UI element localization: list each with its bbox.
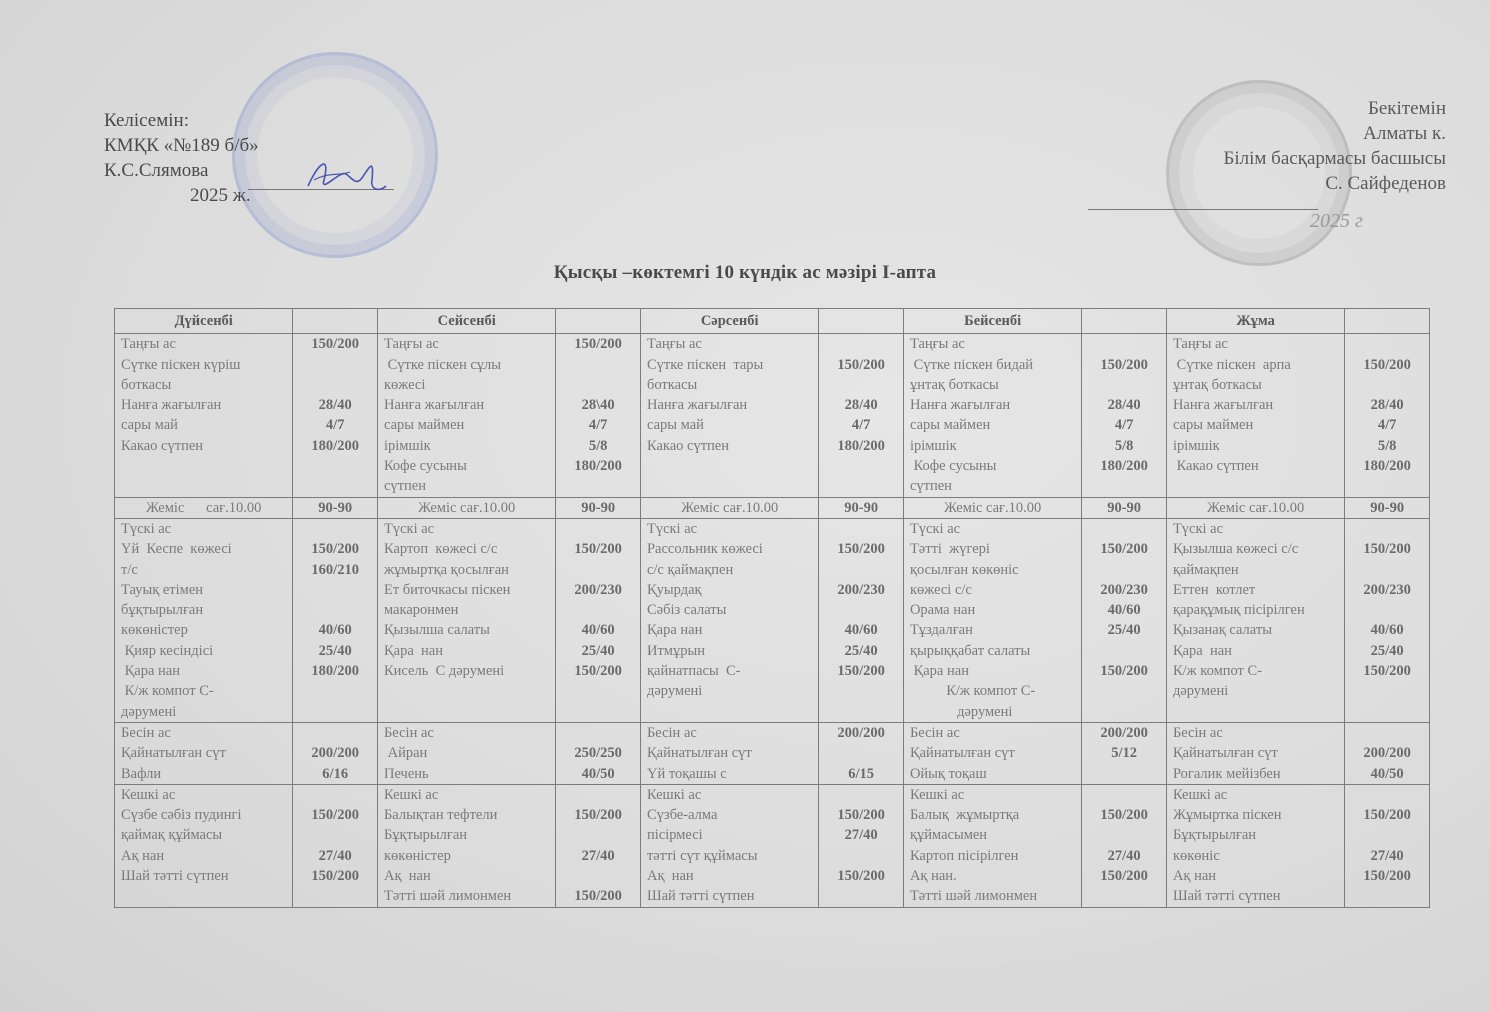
approval-left-year: 2025 ж. bbox=[104, 183, 259, 208]
portion-weight: 40/60 bbox=[825, 620, 897, 640]
dish-line: Сүзбе сәбіз пудингі bbox=[121, 805, 286, 825]
portion-weight bbox=[1088, 375, 1160, 395]
afternoon-dishes-cell: Бесін асҚайнатылған сүтВафли bbox=[115, 722, 293, 784]
dish-line: Тауық етімен bbox=[121, 580, 286, 600]
portion-weight: 180/200 bbox=[299, 436, 371, 456]
dish-line: Картоп пісірілген bbox=[910, 846, 1075, 866]
dish-line: Түскі ас bbox=[121, 519, 286, 539]
day-header: Сейсенбі bbox=[377, 309, 555, 334]
portion-weight bbox=[1088, 560, 1160, 580]
portion-weight: 27/40 bbox=[1088, 846, 1160, 866]
dish-line: Бесін ас bbox=[384, 723, 549, 743]
dish-line: Қызанақ салаты bbox=[1173, 620, 1338, 640]
fruit-dishes-cell: Жеміс сағ.10.00 bbox=[115, 497, 293, 518]
portion-weight bbox=[299, 375, 371, 395]
dish-line: қырыққабат салаты bbox=[910, 641, 1075, 661]
portion-weight bbox=[825, 600, 897, 620]
dish-line: Картоп көжесі с/с bbox=[384, 539, 549, 559]
portion-weight bbox=[562, 600, 634, 620]
dish-line: ұнтақ боткасы bbox=[910, 375, 1075, 395]
portion-weight: 150/200 bbox=[825, 866, 897, 886]
approval-block-right: Бекітемін Алматы к. Білім басқармасы бас… bbox=[1223, 96, 1446, 196]
portion-weight: 4/7 bbox=[1088, 415, 1160, 435]
dish-line: қарақұмық пісірілген bbox=[1173, 600, 1338, 620]
afternoon-dishes-cell: Бесін ас АйранПечень bbox=[377, 722, 555, 784]
portion-weight bbox=[1351, 825, 1423, 845]
dish-line: Рассольник көжесі bbox=[647, 539, 812, 559]
portion-weight: 150/200 bbox=[1088, 539, 1160, 559]
portion-weight: 4/7 bbox=[1351, 415, 1423, 435]
portion-weight: 180/200 bbox=[562, 456, 634, 476]
portion-weight: 25/40 bbox=[1351, 641, 1423, 661]
dish-line: Ақ нан bbox=[1173, 866, 1338, 886]
dish-line: Кешкі ас bbox=[384, 785, 549, 805]
portion-weight: 4/7 bbox=[825, 415, 897, 435]
dish-line: Шай тәтті сүтпен bbox=[647, 886, 812, 906]
portion-weight bbox=[1351, 886, 1423, 906]
dish-line: Үй тоқашы с bbox=[647, 764, 812, 784]
portion-weight bbox=[825, 743, 897, 763]
dish-line: Қызылша салаты bbox=[384, 620, 549, 640]
dish-line: Қуырдақ bbox=[647, 580, 812, 600]
dish-line: Кисель С дәрумені bbox=[384, 661, 549, 681]
portion-weight bbox=[1088, 476, 1160, 496]
portion-weight: 150/200 bbox=[299, 866, 371, 886]
dish-line: Ақ нан bbox=[647, 866, 812, 886]
portion-weight bbox=[825, 375, 897, 395]
portion-weight: 5/8 bbox=[562, 436, 634, 456]
breakfast-weights-cell: 150/20028\404/75/8180/200 bbox=[556, 334, 641, 497]
portion-weight: 150/200 bbox=[1351, 866, 1423, 886]
dish-line: Таңғы ас bbox=[384, 334, 549, 354]
dish-line: Рогалик мейізбен bbox=[1173, 764, 1338, 784]
dish-line: Кофе сусыны bbox=[384, 456, 549, 476]
dish-line: ірімшік bbox=[910, 436, 1075, 456]
dinner-weights-cell: 150/20027/40150/200 bbox=[556, 784, 641, 907]
dish-line: Орама нан bbox=[910, 600, 1075, 620]
lunch-dishes-cell: Түскі асҮй Кеспе көжесіт/сТауық етіменбұ… bbox=[115, 518, 293, 722]
dish-line: Бұқтырылған bbox=[384, 825, 549, 845]
dish-line: К/ж компот С- bbox=[121, 681, 286, 701]
dish-line: Қайнатылған сүт bbox=[910, 743, 1075, 763]
lunch-weights-cell: 150/200200/23040/6025/40150/200 bbox=[819, 518, 904, 722]
portion-weight: 40/60 bbox=[562, 620, 634, 640]
dish-line: қосылған көкөніс bbox=[910, 560, 1075, 580]
portion-weight: 25/40 bbox=[299, 641, 371, 661]
dish-line: Тұздалған bbox=[910, 620, 1075, 640]
portion-weight bbox=[825, 785, 897, 805]
fruit-weight: 90-90 bbox=[581, 500, 615, 516]
fruit-weights-cell: 90-90 bbox=[819, 497, 904, 518]
approval-left-line: Келісемін: bbox=[104, 108, 259, 133]
portion-weight bbox=[562, 355, 634, 375]
dinner-weights-cell: 150/20027/40150/200 bbox=[1082, 784, 1167, 907]
dish-line: Қайнатылған сүт bbox=[121, 743, 286, 763]
dish-line: Балықтан тефтели bbox=[384, 805, 549, 825]
portion-weight: 150/200 bbox=[1351, 805, 1423, 825]
portion-weight: 180/200 bbox=[825, 436, 897, 456]
portion-weight: 5/8 bbox=[1088, 436, 1160, 456]
portion-weight bbox=[299, 702, 371, 722]
portion-weight: 25/40 bbox=[1088, 620, 1160, 640]
portion-weight: 150/200 bbox=[1088, 355, 1160, 375]
dish-line: дәрумені bbox=[647, 681, 812, 701]
dish-line: Балық жұмыртқа bbox=[910, 805, 1075, 825]
fruit-weights-cell: 90-90 bbox=[556, 497, 641, 518]
afternoon-dishes-cell: Бесін асҚайнатылған сүтҮй тоқашы с bbox=[640, 722, 818, 784]
portion-weight: 25/40 bbox=[562, 641, 634, 661]
dish-line: Түскі ас bbox=[384, 519, 549, 539]
portion-weight bbox=[1088, 785, 1160, 805]
dish-line: Тәтті шәй лимонмен bbox=[384, 886, 549, 906]
portion-weight: 150/200 bbox=[562, 886, 634, 906]
portion-weight: 200/230 bbox=[562, 580, 634, 600]
lunch-weights-cell: 150/200200/23040/6025/40150/200 bbox=[556, 518, 641, 722]
portion-weight: 40/60 bbox=[1088, 600, 1160, 620]
afternoon-dishes-cell: Бесін асҚайнатылған сүтОйық тоқаш bbox=[903, 722, 1081, 784]
portion-weight: 4/7 bbox=[299, 415, 371, 435]
portion-weight: 40/60 bbox=[1351, 620, 1423, 640]
breakfast-dishes-cell: Таңғы асСүтке піскен күрішботкасыНанға ж… bbox=[115, 334, 293, 497]
approval-left-line: КМҚК «№189 б/б» bbox=[104, 133, 259, 158]
portion-weight bbox=[1351, 600, 1423, 620]
portion-weight bbox=[562, 785, 634, 805]
portion-weight: 150/200 bbox=[562, 539, 634, 559]
dish-line: сары маймен bbox=[1173, 415, 1338, 435]
breakfast-dishes-cell: Таңғы ас Сүтке піскен бидайұнтақ боткасы… bbox=[903, 334, 1081, 497]
portion-weight: 28/40 bbox=[299, 395, 371, 415]
lunch-dishes-cell: Түскі асКартоп көжесі с/сжұмыртқа қосылғ… bbox=[377, 518, 555, 722]
dish-line: Шай тәтті сүтпен bbox=[121, 866, 286, 886]
portion-weight: 180/200 bbox=[1351, 456, 1423, 476]
signature-line-right bbox=[1088, 209, 1318, 210]
portion-weight bbox=[562, 476, 634, 496]
dish-line: Вафли bbox=[121, 764, 286, 784]
dish-line: Какао сүтпен bbox=[121, 436, 286, 456]
dish-line: Айран bbox=[384, 743, 549, 763]
portion-weight: 200/230 bbox=[825, 580, 897, 600]
dish-line: сары май bbox=[647, 415, 812, 435]
dish-line: қайнатпасы С- bbox=[647, 661, 812, 681]
portion-weight: 5/8 bbox=[1351, 436, 1423, 456]
portion-weight: 150/200 bbox=[1351, 661, 1423, 681]
dish-line: макаронмен bbox=[384, 600, 549, 620]
fruit-row: Жеміс сағ.10.0090-90Жеміс сағ.10.0090-90… bbox=[115, 497, 1430, 518]
portion-weight bbox=[1351, 681, 1423, 701]
lunch-weights-cell: 150/200160/21040/6025/40180/200 bbox=[293, 518, 378, 722]
dish-line: Қара нан bbox=[121, 661, 286, 681]
portion-weight bbox=[1088, 702, 1160, 722]
fruit-weights-cell: 90-90 bbox=[1082, 497, 1167, 518]
dish-line: т/с bbox=[121, 560, 286, 580]
menu-table: Дүйсенбі Сейсенбі Сәрсенбі Бейсенбі Жұма… bbox=[114, 308, 1430, 908]
portion-weight bbox=[825, 519, 897, 539]
portion-weight bbox=[562, 825, 634, 845]
portion-weight bbox=[299, 723, 371, 743]
breakfast-row: Таңғы асСүтке піскен күрішботкасыНанға ж… bbox=[115, 334, 1430, 497]
portion-weight bbox=[1088, 886, 1160, 906]
dish-line: Шай тәтті сүтпен bbox=[1173, 886, 1338, 906]
header-row: Дүйсенбі Сейсенбі Сәрсенбі Бейсенбі Жұма bbox=[115, 309, 1430, 334]
portion-weight: 150/200 bbox=[825, 805, 897, 825]
portion-weight: 27/40 bbox=[825, 825, 897, 845]
portion-weight: 200/200 bbox=[825, 723, 897, 743]
portion-weight: 150/200 bbox=[299, 539, 371, 559]
portion-weight: 200/200 bbox=[1088, 723, 1160, 743]
dish-line: Ойық тоқаш bbox=[910, 764, 1075, 784]
dish-line: К/ж компот С- bbox=[1173, 661, 1338, 681]
dish-line: Қара нан bbox=[910, 661, 1075, 681]
portion-weight: 150/200 bbox=[299, 805, 371, 825]
dinner-dishes-cell: Кешкі асЖұмыртка піскенБұқтырылғанкөкөні… bbox=[1166, 784, 1344, 907]
dish-line: Қияр кесіндісі bbox=[121, 641, 286, 661]
portion-weight bbox=[825, 681, 897, 701]
dish-line: Сүтке піскен бидай bbox=[910, 355, 1075, 375]
dish-line: сүтпен bbox=[910, 476, 1075, 496]
portion-weight: 150/200 bbox=[825, 355, 897, 375]
dinner-weights-cell: 150/20027/40150/200 bbox=[293, 784, 378, 907]
dish-line: сары маймен bbox=[384, 415, 549, 435]
day-header: Жұма bbox=[1166, 309, 1344, 334]
approval-right-line: С. Сайфеденов bbox=[1223, 171, 1446, 196]
dish-line: Тәтті шәй лимонмен bbox=[910, 886, 1075, 906]
dish-line: Кофе сусыны bbox=[910, 456, 1075, 476]
fruit-label: Жеміс сағ.10.00 bbox=[944, 500, 1041, 516]
portion-weight: 6/15 bbox=[825, 764, 897, 784]
dinner-dishes-cell: Кешкі асСүзбе сәбіз пудингіқаймақ құймас… bbox=[115, 784, 293, 907]
portion-weight bbox=[1351, 375, 1423, 395]
fruit-weight: 90-90 bbox=[318, 500, 352, 516]
day-header: Сәрсенбі bbox=[640, 309, 818, 334]
portion-weight: 150/200 bbox=[825, 661, 897, 681]
dish-line: Нанға жағылған bbox=[121, 395, 286, 415]
portion-weight bbox=[299, 681, 371, 701]
dish-line: Тәтті жүгері bbox=[910, 539, 1075, 559]
breakfast-dishes-cell: Таңғы асСүтке піскен тарыботкасыНанға жа… bbox=[640, 334, 818, 497]
portion-weight: 200/200 bbox=[1351, 743, 1423, 763]
approval-right-line: Білім басқармасы басшысы bbox=[1223, 146, 1446, 171]
afternoon-weights-cell: 200/2006/16 bbox=[293, 722, 378, 784]
portion-weight bbox=[1088, 764, 1160, 784]
dinner-dishes-cell: Кешкі асБалықтан тефтелиБұқтырылғанкөкөн… bbox=[377, 784, 555, 907]
dish-line: сары маймен bbox=[910, 415, 1075, 435]
dish-line: Еттен котлет bbox=[1173, 580, 1338, 600]
weight-header bbox=[556, 309, 641, 334]
dish-line: Қара нан bbox=[1173, 641, 1338, 661]
dish-line: пісірмесі bbox=[647, 825, 812, 845]
portion-weight bbox=[562, 866, 634, 886]
day-header: Дүйсенбі bbox=[115, 309, 293, 334]
portion-weight bbox=[825, 560, 897, 580]
dish-line: Нанға жағылған bbox=[647, 395, 812, 415]
dish-line: К/ж компот С- bbox=[910, 681, 1075, 701]
dish-line: көжесі с/с bbox=[910, 580, 1075, 600]
lunch-weights-cell: 150/200200/23040/6025/40150/200 bbox=[1082, 518, 1167, 722]
portion-weight: 180/200 bbox=[299, 661, 371, 681]
dish-line: Сүтке піскен күріш bbox=[121, 355, 286, 375]
breakfast-weights-cell: 150/20028/404/7180/200 bbox=[819, 334, 904, 497]
portion-weight bbox=[825, 846, 897, 866]
portion-weight: 150/200 bbox=[1088, 866, 1160, 886]
approval-left-line: К.С.Слямова bbox=[104, 158, 259, 183]
dish-line: Сүтке піскен тары bbox=[647, 355, 812, 375]
portion-weight: 150/200 bbox=[562, 334, 634, 354]
dish-line: дәрумені bbox=[1173, 681, 1338, 701]
dish-line: Таңғы ас bbox=[121, 334, 286, 354]
afternoon-dishes-cell: Бесін асҚайнатылған сүтРогалик мейізбен bbox=[1166, 722, 1344, 784]
dish-line: Какао сүтпен bbox=[647, 436, 812, 456]
lunch-dishes-cell: Түскі асҚызылша көжесі с/сқаймақпенЕттен… bbox=[1166, 518, 1344, 722]
portion-weight: 25/40 bbox=[825, 641, 897, 661]
dish-line: ұнтақ боткасы bbox=[1173, 375, 1338, 395]
dish-line: бұқтырылған bbox=[121, 600, 286, 620]
fruit-dishes-cell: Жеміс сағ.10.00 bbox=[640, 497, 818, 518]
lunch-dishes-cell: Түскі асРассольник көжесіс/с қаймақпенҚу… bbox=[640, 518, 818, 722]
dish-line: Бесін ас bbox=[121, 723, 286, 743]
handwritten-date: 2025 г bbox=[1310, 210, 1363, 233]
dish-line: көкөністер bbox=[384, 846, 549, 866]
dinner-weights-cell: 150/20027/40150/200 bbox=[1345, 784, 1430, 907]
portion-weight bbox=[1088, 334, 1160, 354]
portion-weight: 28\40 bbox=[562, 395, 634, 415]
dish-line: Таңғы ас bbox=[910, 334, 1075, 354]
dish-line: Какао сүтпен bbox=[1173, 456, 1338, 476]
portion-weight: 200/230 bbox=[1088, 580, 1160, 600]
portion-weight bbox=[825, 334, 897, 354]
portion-weight: 150/200 bbox=[1351, 539, 1423, 559]
dish-line: Таңғы ас bbox=[1173, 334, 1338, 354]
dish-line: дәрумені bbox=[121, 702, 286, 722]
dish-line: с/с қаймақпен bbox=[647, 560, 812, 580]
weight-header bbox=[1082, 309, 1167, 334]
dish-line: Қайнатылған сүт bbox=[1173, 743, 1338, 763]
dish-line: сары май bbox=[121, 415, 286, 435]
dish-line: қаймақпен bbox=[1173, 560, 1338, 580]
fruit-weight: 90-90 bbox=[844, 500, 878, 516]
page-title: Қысқы –көктемгі 10 күндік ас мәзірі I-ап… bbox=[0, 262, 1490, 284]
portion-weight: 28/40 bbox=[1088, 395, 1160, 415]
portion-weight: 150/200 bbox=[299, 334, 371, 354]
dish-line: боткасы bbox=[121, 375, 286, 395]
fruit-label: Жеміс сағ.10.00 bbox=[146, 500, 261, 516]
dish-line: Сүтке піскен сұлы bbox=[384, 355, 549, 375]
dinner-weights-cell: 150/20027/40150/200 bbox=[819, 784, 904, 907]
fruit-dishes-cell: Жеміс сағ.10.00 bbox=[903, 497, 1081, 518]
portion-weight bbox=[1351, 334, 1423, 354]
portion-weight: 180/200 bbox=[1088, 456, 1160, 476]
portion-weight: 40/50 bbox=[562, 764, 634, 784]
portion-weight: 150/200 bbox=[562, 661, 634, 681]
portion-weight: 4/7 bbox=[562, 415, 634, 435]
portion-weight bbox=[1351, 785, 1423, 805]
approval-right-line: Алматы к. bbox=[1223, 121, 1446, 146]
dish-line: боткасы bbox=[647, 375, 812, 395]
approval-block-left: Келісемін: КМҚК «№189 б/б» К.С.Слямова 2… bbox=[104, 108, 259, 208]
fruit-dishes-cell: Жеміс сағ.10.00 bbox=[1166, 497, 1344, 518]
fruit-weight: 90-90 bbox=[1370, 500, 1404, 516]
fruit-label: Жеміс сағ.10.00 bbox=[1207, 500, 1304, 516]
dish-line: Бесін ас bbox=[647, 723, 812, 743]
fruit-label: Жеміс сағ.10.00 bbox=[681, 500, 778, 516]
dish-line: Қара нан bbox=[384, 641, 549, 661]
dish-line: Қара нан bbox=[647, 620, 812, 640]
portion-weight bbox=[299, 519, 371, 539]
dish-line: Кешкі ас bbox=[1173, 785, 1338, 805]
dish-line: Ақ нан. bbox=[910, 866, 1075, 886]
dish-line: Печень bbox=[384, 764, 549, 784]
dish-line: Жұмыртка піскен bbox=[1173, 805, 1338, 825]
dish-line: ірімшік bbox=[384, 436, 549, 456]
afternoon-weights-cell: 200/20040/50 bbox=[1345, 722, 1430, 784]
portion-weight: 150/200 bbox=[562, 805, 634, 825]
dinner-dishes-cell: Кешкі асСүзбе-алмапісірмесітәтті сүт құй… bbox=[640, 784, 818, 907]
breakfast-dishes-cell: Таңғы ас Сүтке піскен арпаұнтақ боткасыН… bbox=[1166, 334, 1344, 497]
fruit-label: Жеміс сағ.10.00 bbox=[418, 500, 515, 516]
fruit-weights-cell: 90-90 bbox=[293, 497, 378, 518]
portion-weight bbox=[299, 785, 371, 805]
dish-line: көкөністер bbox=[121, 620, 286, 640]
portion-weight bbox=[1351, 560, 1423, 580]
dish-line: Бесін ас bbox=[910, 723, 1075, 743]
portion-weight: 150/200 bbox=[1088, 805, 1160, 825]
portion-weight bbox=[1088, 641, 1160, 661]
portion-weight bbox=[1351, 519, 1423, 539]
portion-weight: 150/200 bbox=[1088, 661, 1160, 681]
lunch-dishes-cell: Түскі асТәтті жүгеріқосылған көкөніскөже… bbox=[903, 518, 1081, 722]
dish-line: Бесін ас bbox=[1173, 723, 1338, 743]
portion-weight: 150/200 bbox=[1351, 355, 1423, 375]
portion-weight bbox=[562, 519, 634, 539]
dish-line: Нанға жағылған bbox=[384, 395, 549, 415]
portion-weight bbox=[1351, 723, 1423, 743]
dish-line: Итмұрын bbox=[647, 641, 812, 661]
portion-weight: 28/40 bbox=[1351, 395, 1423, 415]
dish-line: Кешкі ас bbox=[910, 785, 1075, 805]
dish-line: дәрумені bbox=[910, 702, 1075, 722]
portion-weight: 27/40 bbox=[299, 846, 371, 866]
dish-line: Кешкі ас bbox=[647, 785, 812, 805]
portion-weight: 40/50 bbox=[1351, 764, 1423, 784]
weight-header bbox=[1345, 309, 1430, 334]
afternoon-snack-row: Бесін асҚайнатылған сүтВафли200/2006/16Б… bbox=[115, 722, 1430, 784]
portion-weight bbox=[825, 886, 897, 906]
dish-line: Түскі ас bbox=[647, 519, 812, 539]
portion-weight: 200/200 bbox=[299, 743, 371, 763]
portion-weight: 27/40 bbox=[1351, 846, 1423, 866]
signature-icon bbox=[300, 150, 390, 198]
dish-line: Ақ нан bbox=[121, 846, 286, 866]
portion-weight bbox=[562, 560, 634, 580]
portion-weight: 6/16 bbox=[299, 764, 371, 784]
dish-line: Нанға жағылған bbox=[910, 395, 1075, 415]
portion-weight: 5/12 bbox=[1088, 743, 1160, 763]
dish-line: Үй Кеспе көжесі bbox=[121, 539, 286, 559]
lunch-weights-cell: 150/200200/23040/6025/40150/200 bbox=[1345, 518, 1430, 722]
dinner-row: Кешкі асСүзбе сәбіз пудингіқаймақ құймас… bbox=[115, 784, 1430, 907]
afternoon-weights-cell: 250/25040/50 bbox=[556, 722, 641, 784]
breakfast-weights-cell: 150/20028/404/75/8180/200 bbox=[1345, 334, 1430, 497]
dish-line: көкөніс bbox=[1173, 846, 1338, 866]
dish-line: Түскі ас bbox=[910, 519, 1075, 539]
dish-line: құймасымен bbox=[910, 825, 1075, 845]
fruit-dishes-cell: Жеміс сағ.10.00 bbox=[377, 497, 555, 518]
afternoon-weights-cell: 200/2005/12 bbox=[1082, 722, 1167, 784]
breakfast-weights-cell: 150/20028/404/7180/200 bbox=[293, 334, 378, 497]
portion-weight bbox=[299, 600, 371, 620]
dish-line: Қызылша көжесі с/с bbox=[1173, 539, 1338, 559]
portion-weight bbox=[299, 580, 371, 600]
portion-weight: 200/230 bbox=[1351, 580, 1423, 600]
